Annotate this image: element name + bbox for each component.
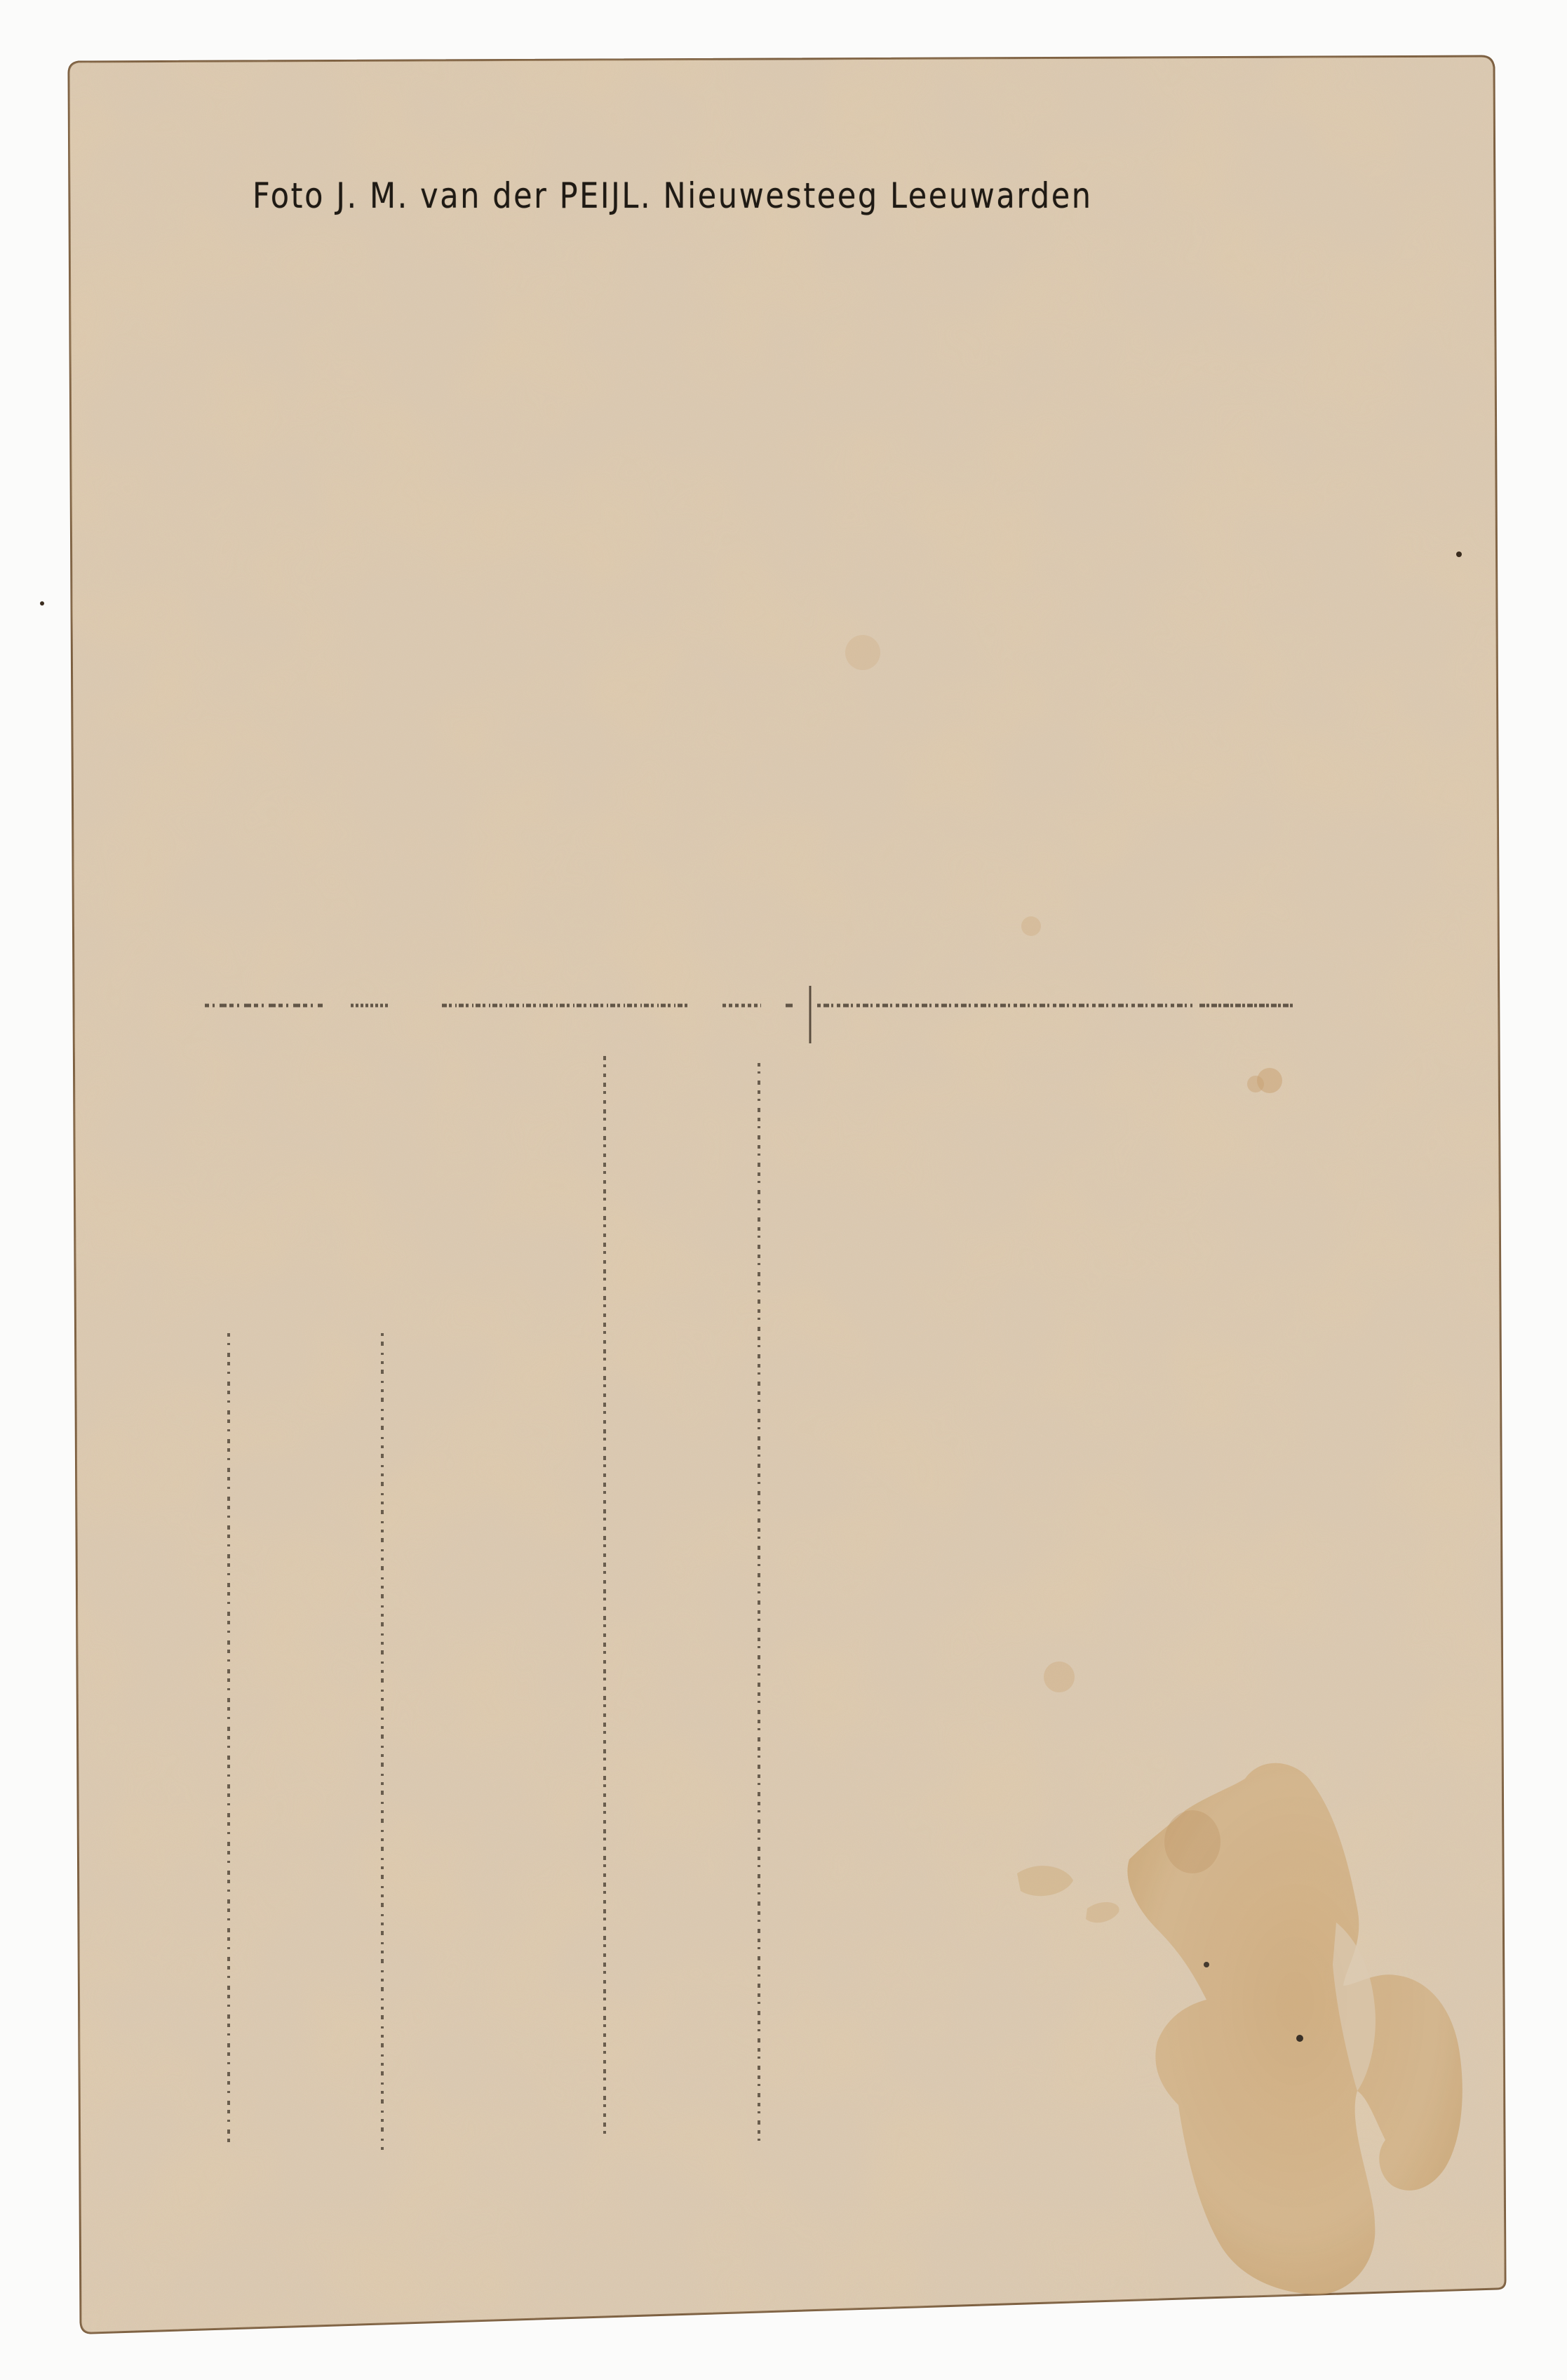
postcard-back: Foto J. M. van der PEIJL. Nieuwesteeg Le… — [0, 0, 1567, 2380]
photographer-imprint: Foto J. M. van der PEIJL. Nieuwesteeg Le… — [253, 175, 1145, 216]
postcard-card-surface — [0, 0, 1567, 2380]
